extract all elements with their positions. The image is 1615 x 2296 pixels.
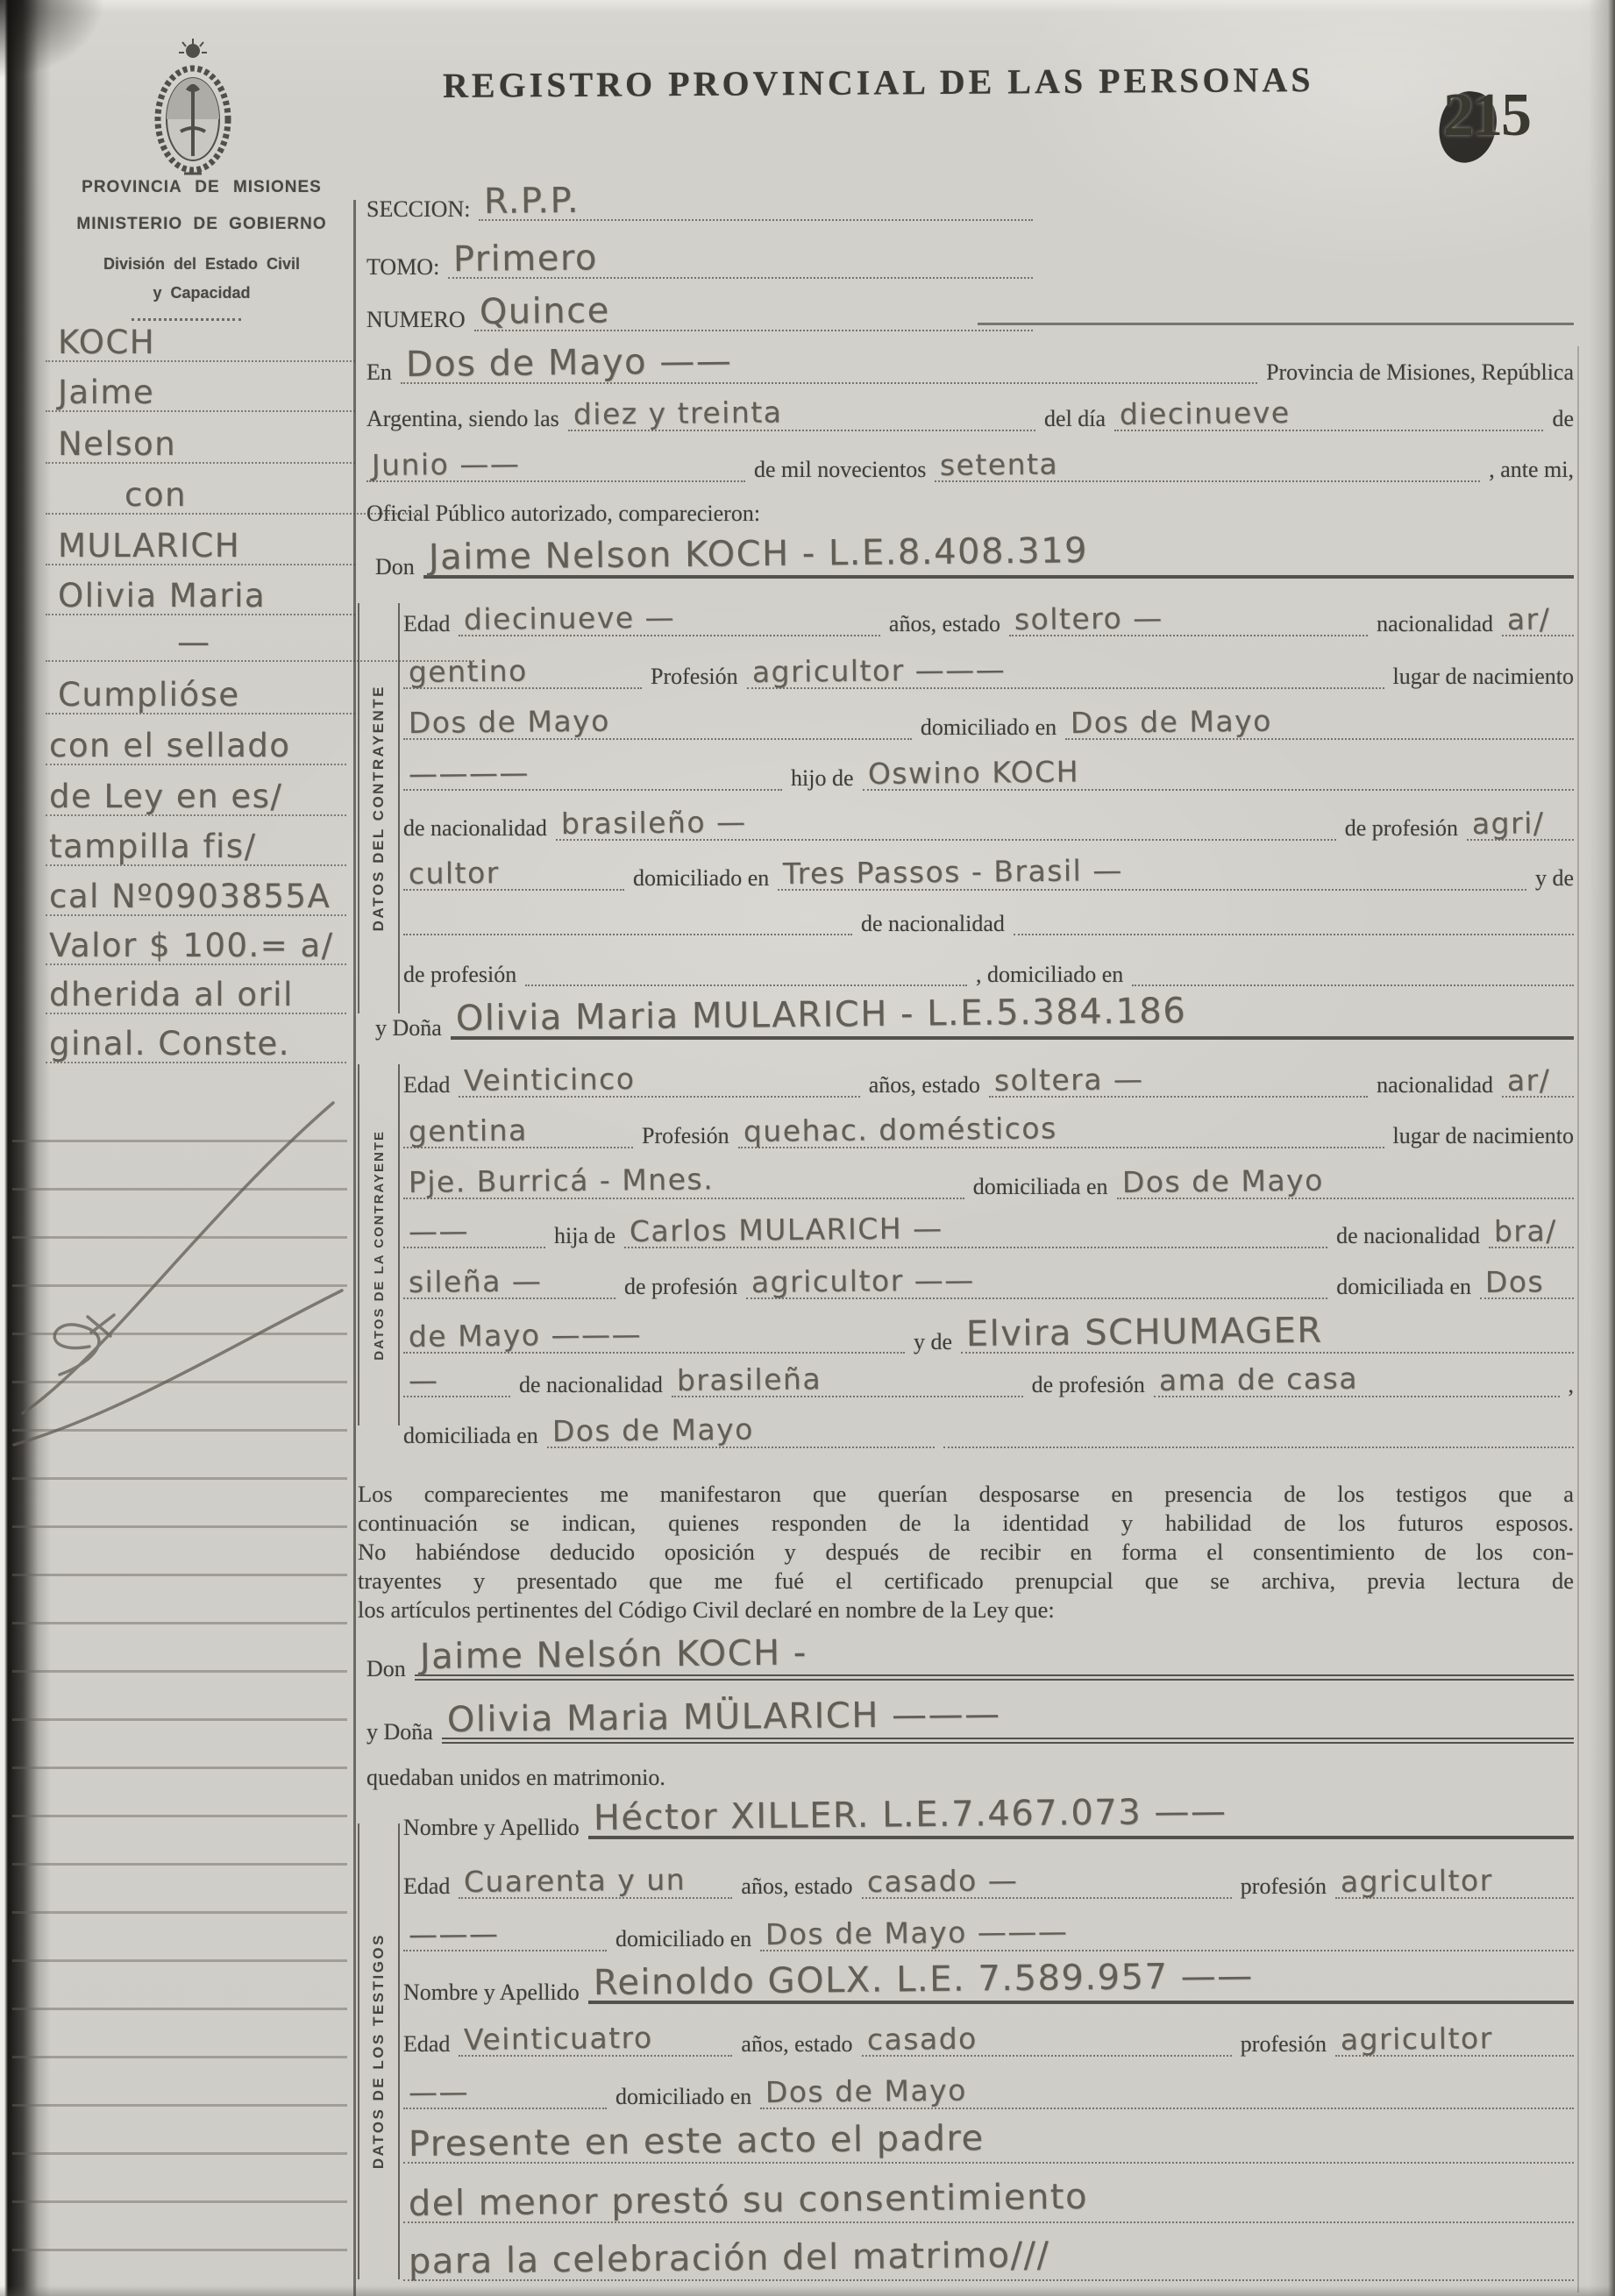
nac-padre-fill-a: bra/ [1489,1219,1574,1248]
scan-corner-blot [0,0,105,79]
w1-edad-fill: Cuarenta y un [459,1869,732,1899]
domicilio-value: Dos de Mayo [1071,708,1272,736]
nacionalidad-value-b: gentino [409,658,528,686]
field-tomo: TOMO: Primero [366,244,1033,279]
edad-value: diecinueve — [464,604,675,632]
w2-estado-fill: casado [862,2027,1232,2057]
margin-note-text: KOCH [58,323,155,361]
nacionalidad-label: nacionalidad [1377,612,1493,636]
edad-label: Edad [403,2032,450,2056]
declared-bride-fill: Olivia Maria MÜLARICH ——— [442,1704,1574,1744]
nacionalidad-value-b: gentina [409,1118,528,1145]
prof-padre-fill-a: agri/ [1467,811,1574,841]
page-title: REGISTRO PROVINCIAL DE LAS PERSONAS [443,58,1442,106]
empty-fill [1014,932,1574,935]
domicilio-fill: Dos de Mayo [1065,710,1574,740]
dash-value: —— [409,1218,469,1244]
line-groom-name: Don Jaime Nelson KOCH - L.E.8.408.319 [375,542,1574,579]
margin-note: Cumplióse [46,680,355,714]
nac-padre-value: brasileño — [561,809,747,837]
edad-fill: Veinticinco [459,1068,859,1098]
consent-note-line: para la celebración del matrimo/// [409,2239,1050,2278]
section-label-testigos: DATOS DE LOS TESTIGOS [358,1823,400,2279]
org-line-ministerio: MINISTERIO DE GOBIERNO [53,215,351,234]
margin-note: con el sellado [46,731,346,765]
don-label: Don [375,555,415,579]
groom-row-edad: Edad diecinueve — años, estado soltero —… [403,607,1574,636]
argentina-label: Argentina, siendo las [366,407,559,430]
bride-row-profesion: gentina Profesión quehac. domésticos lug… [403,1119,1574,1148]
domicilio-fill: Dos de Mayo [1117,1169,1574,1199]
lugar-fill: Pje. Burricá - Mnes. [403,1169,964,1199]
line-closing: quedaban unidos en matrimonio. [366,1766,1574,1789]
w2-name-fill: Reinoldo GOLX. L.E. 7.589.957 —— [588,1967,1574,2004]
lugar-value: Dos de Mayo —— [406,345,733,380]
margin-note: Valor $ 100.= a/ [46,931,346,965]
estado-label: años, estado [889,612,1000,636]
edad-fill: diecinueve — [459,607,880,636]
bride-row-edad: Edad Veinticinco años, estado soltera — … [403,1068,1574,1098]
lugar-fill: Dos de Mayo [403,710,912,740]
nac-padre-fill: brasileño — [556,811,1336,841]
field-numero: NUMERO Quince [366,296,1033,331]
margin-note-text: MULARICH [58,527,240,565]
org-line-provincia: PROVINCIA DE MISIONES [53,178,351,197]
margin-note-text: dherida al oril [49,976,294,1013]
comma: , [1569,1373,1575,1397]
line-hora-dia: Argentina, siendo las diez y treinta del… [366,402,1574,431]
edad-label: Edad [403,1874,450,1898]
hijo-de-label: hijo de [791,766,854,790]
hija-de-label: hija de [554,1224,615,1248]
dom-madre-value: Dos de Mayo [551,1417,753,1445]
scan-edge-right [1580,0,1615,2296]
dom-padre-value-b: de Mayo ——— [409,1322,642,1350]
prof-madre-label: de profesión [1032,1373,1145,1397]
domicilio-label: domiciliado en [615,1927,751,1951]
nac-padre-value-b: sileña — [409,1268,543,1295]
bride-name-fill: Olivia Maria MULARICH - L.E.5.384.186 [451,1003,1574,1040]
estado-label: años, estado [741,2032,852,2056]
estado-value: soltero — [1014,605,1163,632]
nac-madre-fill: brasileña [672,1368,1023,1397]
tomo-fill: Primero [448,244,1033,279]
domicilio-label: domiciliado en [921,715,1057,739]
margin-note: Olivia Maria [46,581,355,615]
bride-row-domicilio: Pje. Burricá - Mnes. domiciliada en Dos … [403,1169,1574,1199]
section-label-text: DATOS DEL CONTRAYENTE [370,685,388,931]
margin-note-text: de Ley en es/ [49,778,282,815]
lugar-label: lugar de nacimiento [1393,1124,1574,1148]
hora-value: diez y treinta [573,400,782,428]
nacionalidad-fill: ar/ [1502,1068,1574,1098]
empty-fill [525,983,967,986]
w2-dom-fill: Dos de Mayo [760,2079,1574,2109]
dia-value: diecinueve [1120,400,1291,428]
profesion-label: profesión [1241,2032,1327,2056]
profesion-fill: agricultor ——— [747,659,1384,689]
dom-padre-fill-a: Dos [1480,1269,1574,1299]
lugar-fill: Dos de Mayo —— [401,349,1257,384]
edad-label: Edad [403,612,450,636]
seccion-fill: R.P.P. [479,186,1033,221]
tomo-value: Primero [453,242,598,275]
declared-bride-value: Olivia Maria MÜLARICH ——— [446,1698,1000,1736]
paragraph-line: los artículos pertinentes del Código Civ… [358,1596,1574,1624]
profesion-value: quehac. domésticos [743,1115,1057,1144]
margin-note: con [46,480,422,515]
bride-row-padre: —— hija de Carlos MULARICH — de nacional… [403,1219,1574,1248]
profesion-value: agricultor ——— [751,657,1006,686]
scan-edge-top [0,0,1615,12]
estado-value: soltera — [994,1066,1144,1093]
y-dona-label: y Doña [375,1016,442,1040]
dom-padre-label: domiciliado en [633,866,769,890]
declared-groom-value: Jaime Nelsón KOCH - [419,1637,807,1673]
witness1-edad-row: Edad Cuarenta y un años, estado casado —… [403,1869,1574,1899]
estado-fill: soltero — [1009,607,1368,636]
prof-padre-value-b: cultor [409,860,500,887]
oficial-label: Oficial Público autorizado, compareciero… [366,501,760,525]
nac-padre-value-a: bra/ [1494,1218,1557,1244]
madre-fill: Elvira SCHUMAGER [961,1319,1574,1354]
groom-row-dom-padre: cultor domiciliado en Tres Passos - Bras… [403,861,1574,891]
nacionalidad-fill-b: gentino [403,659,642,689]
nac-madre-label: de nacionalidad [519,1373,663,1397]
mes-fill: Junio —— [366,452,745,482]
dom-madre-label: domiciliada en [403,1424,538,1447]
coat-of-arms-icon [139,33,247,184]
margin-note: Jaime [46,378,355,412]
w2-name-value: Reinoldo GOLX. L.E. 7.589.957 —— [593,1960,1253,1999]
empty-fill [1132,983,1574,986]
witness1-name-row: Nombre y Apellido Héctor XILLER. L.E.7.4… [403,1802,1574,1839]
w1-dash-fill: ——— [403,1922,607,1951]
prof-padre-label: de profesión [624,1275,737,1298]
tomo-label: TOMO: [366,255,439,279]
line-mes-anio: Junio —— de mil novecientos setenta , an… [366,452,1574,482]
consent-note-row: para la celebración del matrimo/// [403,2246,1574,2281]
lugar-value: Dos de Mayo [409,708,610,736]
margin-note-text: Olivia Maria [58,577,266,615]
dom-madre-fill: Dos de Mayo [547,1418,935,1448]
margin-note-text: Valor $ 100.= a/ [49,927,334,964]
domicilio-label: domiciliada en [973,1175,1108,1198]
org-separator [132,318,241,321]
anio-fill: setenta [935,452,1480,482]
prof-padre-fill-b: cultor [403,861,624,891]
groom-name-value: Jaime Nelson KOCH - L.E.8.408.319 [428,535,1088,573]
margin-note: de Ley en es/ [46,782,346,816]
groom-row-nac-padre: de nacionalidad brasileño — de profesión… [403,811,1574,841]
edad-label: Edad [403,1073,450,1097]
margin-note-text: con [125,476,187,514]
bride-row-prof-padre: sileña — de profesión agricultor —— domi… [403,1269,1574,1299]
estado-label: años, estado [741,1874,852,1898]
groom-row-prof-madre: de profesión , domiciliado en [403,963,1574,986]
edad-value: Veinticinco [464,1066,636,1094]
del-dia-label: del día [1044,407,1106,430]
note-fill: del menor prestó su consentimiento [403,2188,1574,2223]
dia-fill: diecinueve [1114,402,1543,431]
field-seccion: SECCION: R.P.P. [366,186,1033,221]
w1-estado-fill: casado — [862,1869,1232,1899]
org-line-division: División del Estado Civil [53,255,351,274]
groom-row-profesion: gentino Profesión agricultor ——— lugar d… [403,659,1574,689]
ante-mi-label: , ante mi, [1489,458,1574,481]
empty-fill [943,1445,1574,1448]
margin-note: tampilla fis/ [46,832,346,866]
anio-value: setenta [940,451,1059,479]
witness1-domicilio-row: ——— domiciliado en Dos de Mayo ——— [403,1922,1574,1951]
declared-groom-fill: Jaime Nelsón KOCH - [415,1641,1574,1681]
line-oficial: Oficial Público autorizado, compareciero… [366,501,1574,525]
de-label: de [1552,407,1574,430]
paragraph-line: trayentes y presentado que me fué el cer… [358,1567,1574,1596]
margin-note-text: — [177,623,211,661]
estado-fill: soltera — [989,1068,1368,1098]
nacionalidad-value-a: ar/ [1507,1067,1551,1093]
prof-madre-fill: ama de casa [1154,1368,1560,1397]
groom-row-padre: ———— hijo de Oswino KOCH [403,761,1574,791]
dom-padre-value: Tres Passos - Brasil — [783,857,1123,887]
w1-dom-value: Dos de Mayo ——— [765,1918,1069,1947]
profesion-fill: quehac. domésticos [738,1119,1384,1148]
witness2-domicilio-row: —— domiciliado en Dos de Mayo [403,2079,1574,2109]
line-en-lugar: En Dos de Mayo —— Provincia de Misiones,… [366,349,1574,384]
dash-fill: —— [403,1219,545,1248]
domicilio-label: domiciliado en [615,2085,751,2108]
line-bride-name: y Doña Olivia Maria MULARICH - L.E.5.384… [375,1003,1574,1040]
y-de-label: y de [914,1330,952,1354]
w2-estado-value: casado [866,2026,977,2053]
nac-padre-fill-b: sileña — [403,1269,615,1299]
witness2-edad-row: Edad Veinticuatro años, estado casado pr… [403,2027,1574,2057]
bride-row-nac-madre: — de nacionalidad brasileña de profesión… [403,1368,1574,1397]
bride-row-dom-madre: domiciliada en Dos de Mayo [403,1418,1574,1448]
closing-text: quedaban unidos en matrimonio. [366,1766,665,1789]
margin-note-text: Jaime [58,373,154,411]
w1-estado-value: casado — [866,1867,1018,1894]
line-declared-bride: y Doña Olivia Maria MÜLARICH ——— [366,1704,1574,1744]
en-label: En [366,360,392,384]
prof-madre-value: ama de casa [1159,1366,1358,1394]
note-fill: para la celebración del matrimo/// [403,2246,1574,2281]
paragraph-line: No habiéndose deducido oposición y despu… [358,1538,1574,1567]
prof-padre-value: agricultor —— [751,1267,975,1295]
nacionalidad-label: nacionalidad [1377,1073,1493,1097]
section-label-text: DATOS DE LA CONTRAYENTE [372,1130,387,1361]
bride-name-value: Olivia Maria MULARICH - L.E.5.384.186 [455,995,1186,1034]
groom-name-fill: Jaime Nelson KOCH - L.E.8.408.319 [423,542,1574,579]
groom-row-nac-madre: de nacionalidad [403,912,1574,935]
dash-fill: ———— [403,761,782,791]
witness2-name-row: Nombre y Apellido Reinoldo GOLX. L.E. 7.… [403,1967,1574,2004]
y-dona-label: y Doña [366,1720,433,1744]
nombre-apellido-label: Nombre y Apellido [403,1980,580,2004]
padre-fill: Oswino KOCH [863,761,1575,791]
margin-note-text: Nelson [58,425,176,463]
paragraph-line: Los comparecientes me manifestaron que q… [358,1480,1574,1509]
nacionalidad-value-a: ar/ [1507,606,1551,632]
prof-padre-value-a: agri/ [1472,810,1545,837]
form-divider-line [353,200,356,2296]
w1-dom-fill: Dos de Mayo ——— [760,1922,1574,1951]
margin-note-text: tampilla fis/ [49,828,257,865]
w1-dash-value: ——— [409,1921,500,1948]
seccion-value: R.P.P. [484,185,580,217]
numero-rule-line [978,323,1574,325]
paragraph-line: continuación se indican, quienes respond… [358,1509,1574,1538]
page-crease-line [1577,346,1579,2292]
dash-value: ———— [409,760,530,787]
w1-edad-value: Cuarenta y un [464,1866,687,1894]
w1-name-value: Héctor XILLER. L.E.7.467.073 —— [593,1795,1227,1834]
madre-value: Elvira SCHUMAGER [966,1315,1323,1350]
nac-madre-label: de nacionalidad [861,912,1005,935]
w2-edad-value: Veinticuatro [464,2025,653,2053]
dom-padre-fill-b: de Mayo ——— [403,1324,905,1354]
margin-note: MULARICH [46,531,355,565]
margin-note-text: cal Nº0903855A [49,878,331,915]
section-label-text: DATOS DE LOS TESTIGOS [370,1933,388,2169]
nacionalidad-fill-b: gentina [403,1119,633,1148]
y-de-label: y de [1535,866,1574,890]
dash-fill2: — [403,1368,510,1397]
consent-note-row: del menor prestó su consentimiento [403,2188,1574,2223]
dom-padre-label: domiciliada en [1336,1275,1471,1298]
profesion-label: Profesión [651,665,738,688]
margin-note-text: Cumplióse [58,676,240,714]
novecientos-label: de mil novecientos [754,458,926,481]
org-line-capacidad: y Capacidad [53,284,351,302]
section-label-contrayente-f: DATOS DE LA CONTRAYENTE [358,1064,400,1425]
lugar-value: Pje. Burricá - Mnes. [409,1166,715,1195]
margin-note: cal Nº0903855A [46,882,346,916]
w2-dash-fill: —— [403,2079,607,2109]
nacionalidad-fill: ar/ [1502,607,1574,636]
don-label: Don [366,1657,406,1681]
nombre-apellido-label: Nombre y Apellido [403,1816,580,1839]
nac-madre-value: brasileña [677,1366,822,1393]
dash-value2: — [409,1368,439,1394]
padre-value: Carlos MULARICH — [630,1215,943,1244]
provincia-label: Provincia de Misiones, República [1266,360,1574,384]
domicilio-value: Dos de Mayo [1121,1168,1323,1196]
w1-prof-value: agricultor [1341,1867,1493,1895]
prof-padre-label: de profesión [1345,816,1458,840]
w2-edad-fill: Veinticuatro [459,2027,732,2057]
dom-padre-fill: Tres Passos - Brasil — [778,861,1526,891]
hora-fill: diez y treinta [568,402,1035,431]
groom-row-domicilio: Dos de Mayo domiciliado en Dos de Mayo [403,710,1574,740]
estado-label: años, estado [869,1073,980,1097]
declaration-paragraph: Los comparecientes me manifestaron que q… [358,1480,1574,1624]
w2-prof-fill: agricultor [1335,2027,1574,2057]
margin-note: dherida al oril [46,980,346,1014]
consent-note-row: Presente en este acto el padre [403,2129,1574,2164]
prof-padre-fill: agricultor —— [746,1269,1327,1299]
nac-padre-label: de nacionalidad [1336,1224,1480,1248]
numero-fill: Quince [474,296,1033,331]
w1-name-fill: Héctor XILLER. L.E.7.467.073 —— [588,1802,1574,1839]
margin-note-text: con el sellado [49,727,290,764]
consent-note-line: Presente en este acto el padre [409,2122,985,2160]
scan-edge-bottom [0,2285,1615,2296]
lugar-label: lugar de nacimiento [1393,665,1574,688]
consent-note-line: del menor prestó su consentimiento [409,2181,1089,2220]
line-declared-groom: Don Jaime Nelsón KOCH - [366,1641,1574,1681]
margin-note: Nelson [46,430,355,464]
numero-label: NUMERO [366,308,466,331]
margin-note: ginal. Conste. [46,1029,346,1063]
seccion-label: SECCION: [366,197,470,221]
w2-prof-value: agricultor [1341,2025,1493,2053]
w1-prof-fill: agricultor [1335,1869,1574,1899]
margin-note-text: ginal. Conste. [49,1025,290,1063]
padre-fill: Carlos MULARICH — [624,1219,1327,1248]
note-fill: Presente en este acto el padre [403,2129,1574,2164]
padre-value: Oswino KOCH [867,758,1078,786]
bride-row-madre: de Mayo ——— y de Elvira SCHUMAGER [403,1319,1574,1354]
dom-padre-value-a: Dos [1485,1269,1545,1295]
section-label-contrayente: DATOS DEL CONTRAYENTE [358,603,400,1013]
profesion-label: profesión [1241,1874,1327,1898]
scanned-marriage-certificate: REGISTRO PROVINCIAL DE LAS PERSONAS 215 … [0,0,1615,2296]
prof-madre-label: de profesión [403,963,516,986]
mes-value: Junio —— [372,451,521,478]
page-number: 215 [1443,81,1530,151]
signature-scribble [7,1070,358,1455]
profesion-label: Profesión [642,1124,729,1148]
w2-dom-value: Dos de Mayo [765,2078,967,2106]
numero-value: Quince [479,295,609,328]
w2-dash-value: —— [409,2079,469,2105]
nac-padre-label: de nacionalidad [403,816,547,840]
margin-note: KOCH [46,328,355,362]
empty-fill [403,932,852,935]
dom-madre-label: , domiciliado en [976,963,1123,986]
